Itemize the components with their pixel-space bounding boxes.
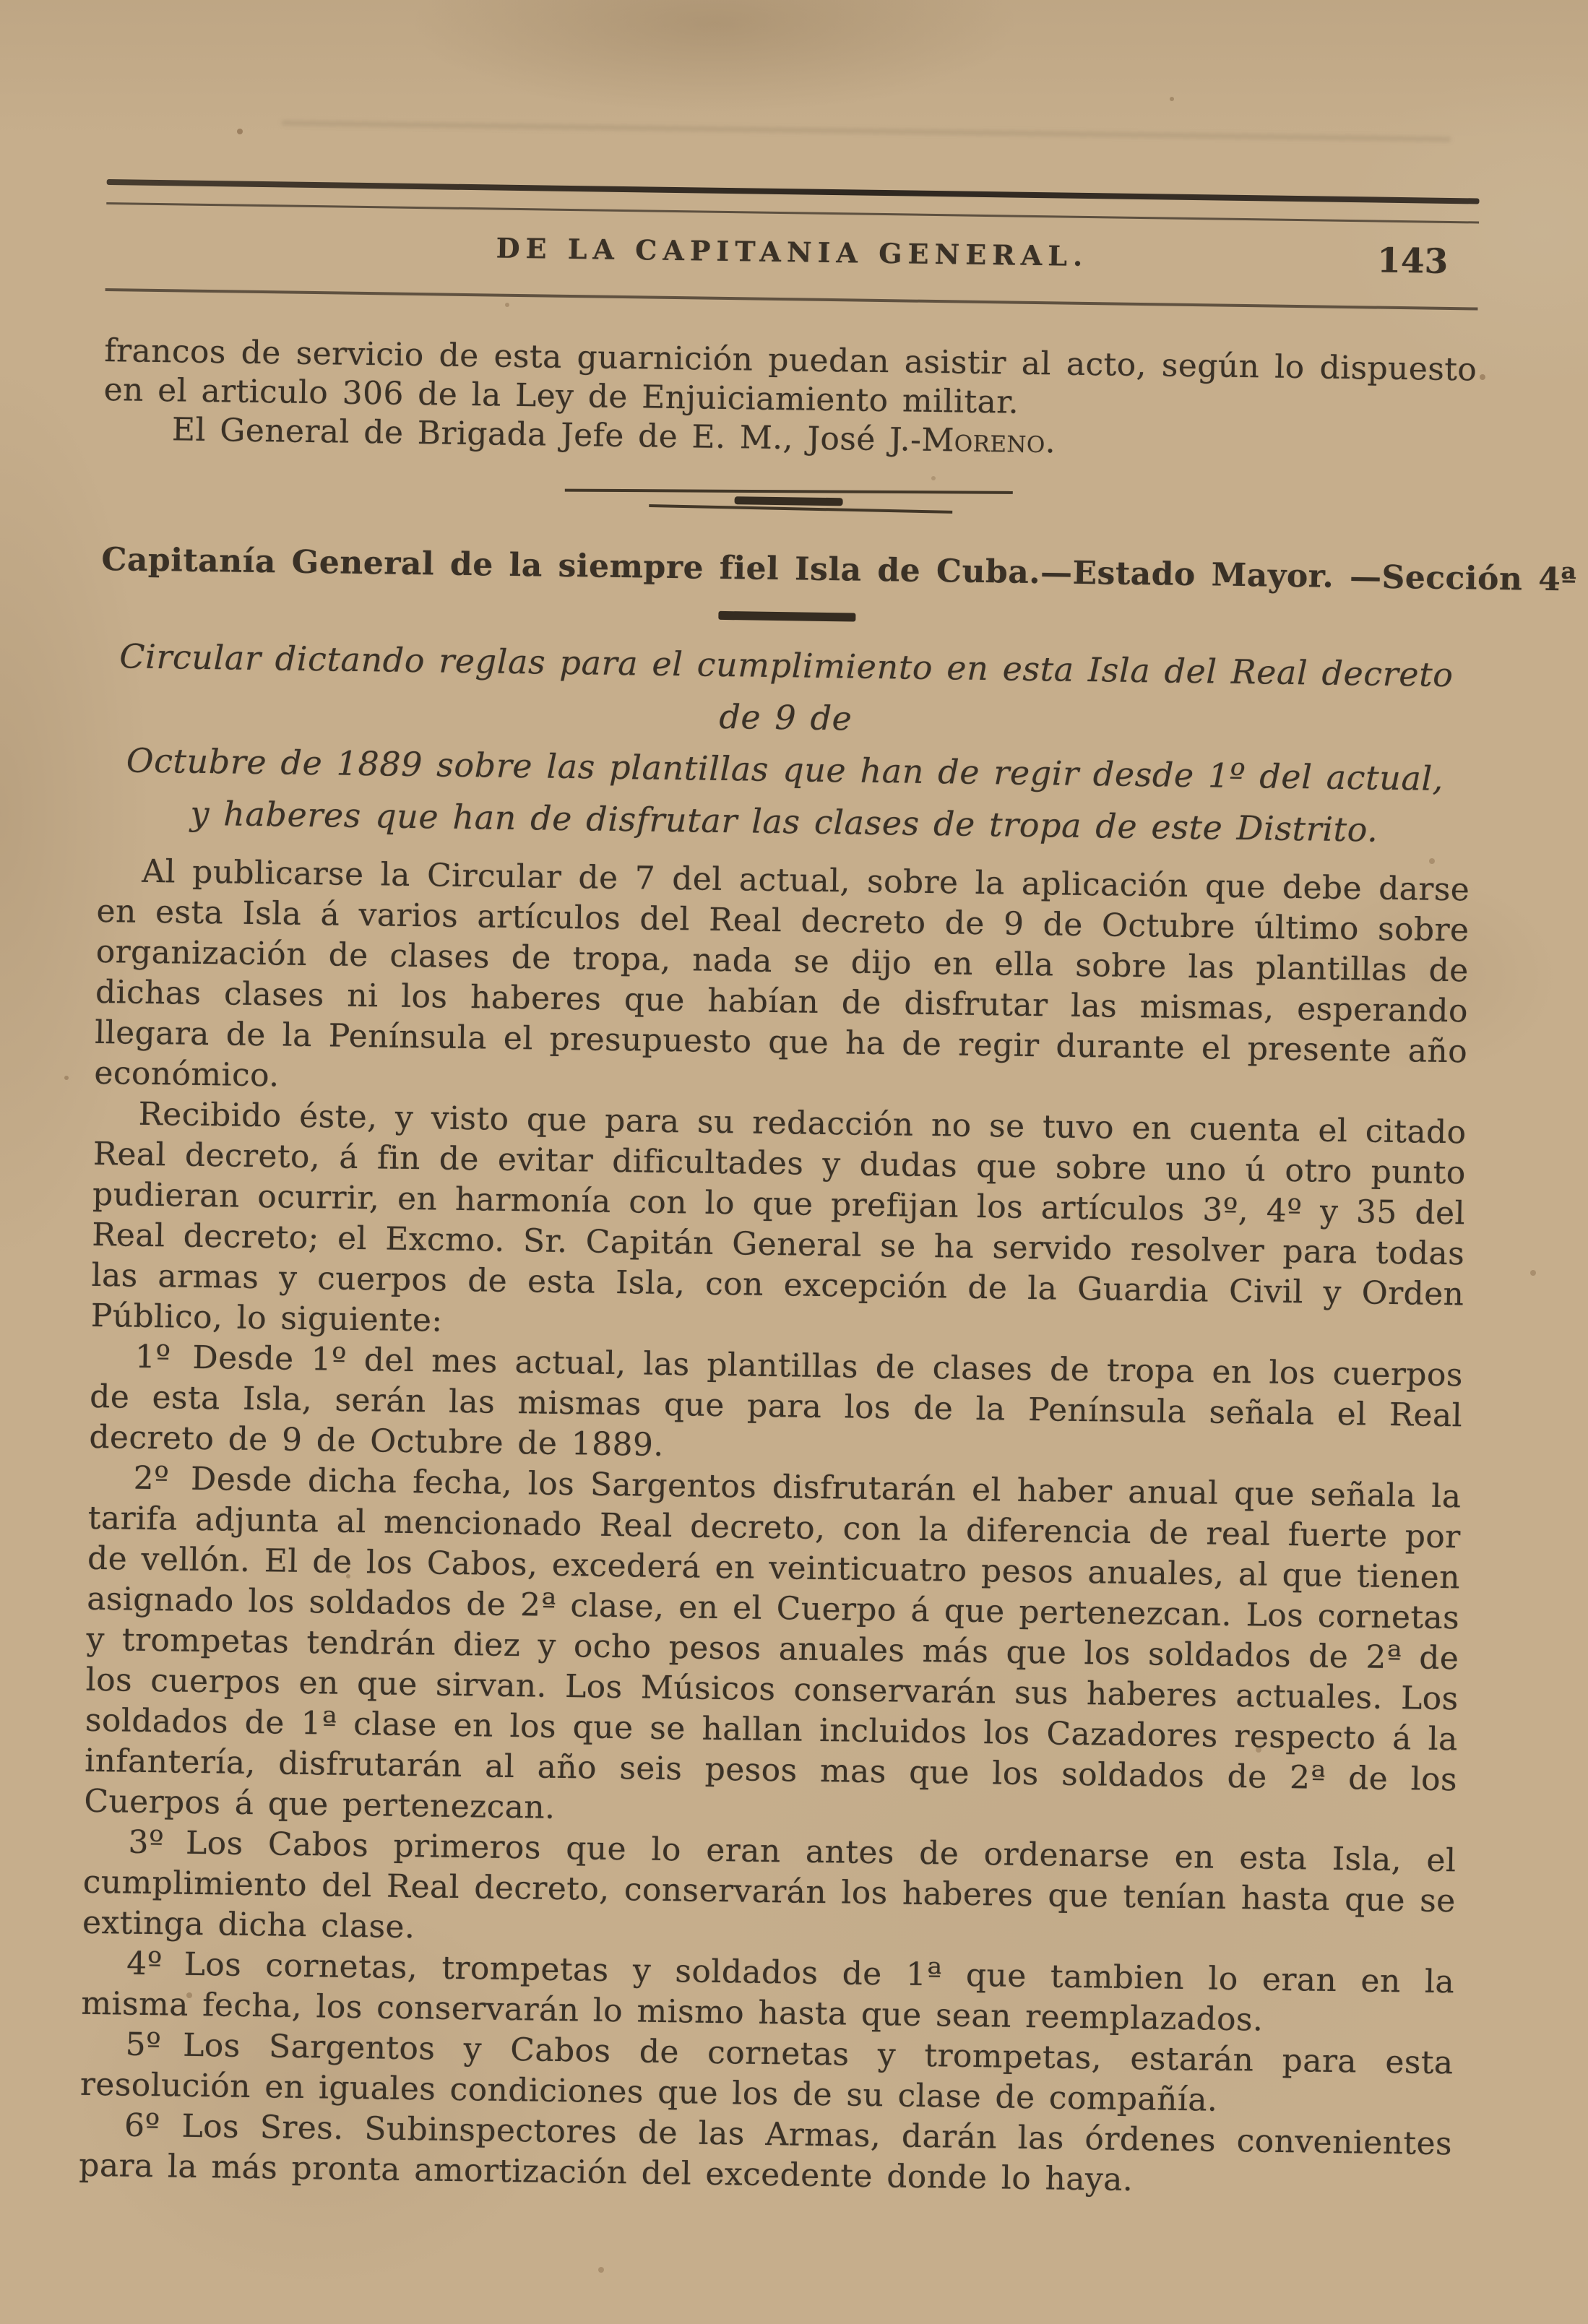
running-header: DE LA CAPITANIA GENERAL. 143 [105,226,1479,288]
section-heading: Capitanía General de la siempre fiel Isl… [101,541,1475,597]
header-rule [105,288,1478,311]
heading-divider [718,611,855,622]
list-item: 2ºDesde dicha fecha, los Sargentos disfr… [84,1458,1462,1841]
page-content: DE LA CAPITANIA GENERAL. 143 francos de … [79,166,1480,2205]
item-number: 4º [126,1945,163,1983]
item-text: Los Sres. Subinspectores de las Armas, d… [79,2108,1452,2198]
item-text: Desde 1º del mes actual, las plantillas … [89,1339,1463,1464]
paragraph: Recibido éste, y visto que para su redac… [90,1094,1467,1355]
page-number: 143 [1377,241,1449,282]
running-header-title: DE LA CAPITANIA GENERAL. [496,232,1088,272]
item-number: 6º [124,2107,160,2145]
section-divider [102,476,1475,529]
top-rule-heavy [107,179,1480,204]
item-number: 1º [135,1339,171,1376]
item-text: Los Cabos primeros que lo eran antes de … [82,1825,1457,1945]
circular-title: Circular dictando reglas para el cumplim… [98,630,1473,858]
top-rule-thin [106,202,1479,224]
list-item: 3ºLos Cabos primeros que lo eran antes d… [82,1822,1457,1963]
item-text: Los Sargentos y Cabos de cornetas y trom… [80,2027,1454,2119]
item-number: 2º [133,1460,169,1498]
circular-body: Al publicarse la Circular de 7 del actua… [79,851,1470,2205]
list-item: 1ºDesde 1º del mes actual, las plantilla… [89,1336,1463,1477]
paragraph: Al publicarse la Circular de 7 del actua… [94,851,1470,1113]
item-number: 3º [128,1824,164,1862]
item-text: Desde dicha fecha, los Sargentos disfrut… [84,1461,1462,1826]
scanned-document-page: DE LA CAPITANIA GENERAL. 143 francos de … [0,0,1588,2324]
signature-name: Moreno. [921,422,1056,461]
circular-title-line: Circular dictando reglas para el cumplim… [99,630,1473,753]
item-text: Los cornetas, trompetas y soldados de 1ª… [81,1946,1454,2039]
bleedthrough-smudge [282,121,1451,142]
item-number: 5º [125,2026,161,2064]
